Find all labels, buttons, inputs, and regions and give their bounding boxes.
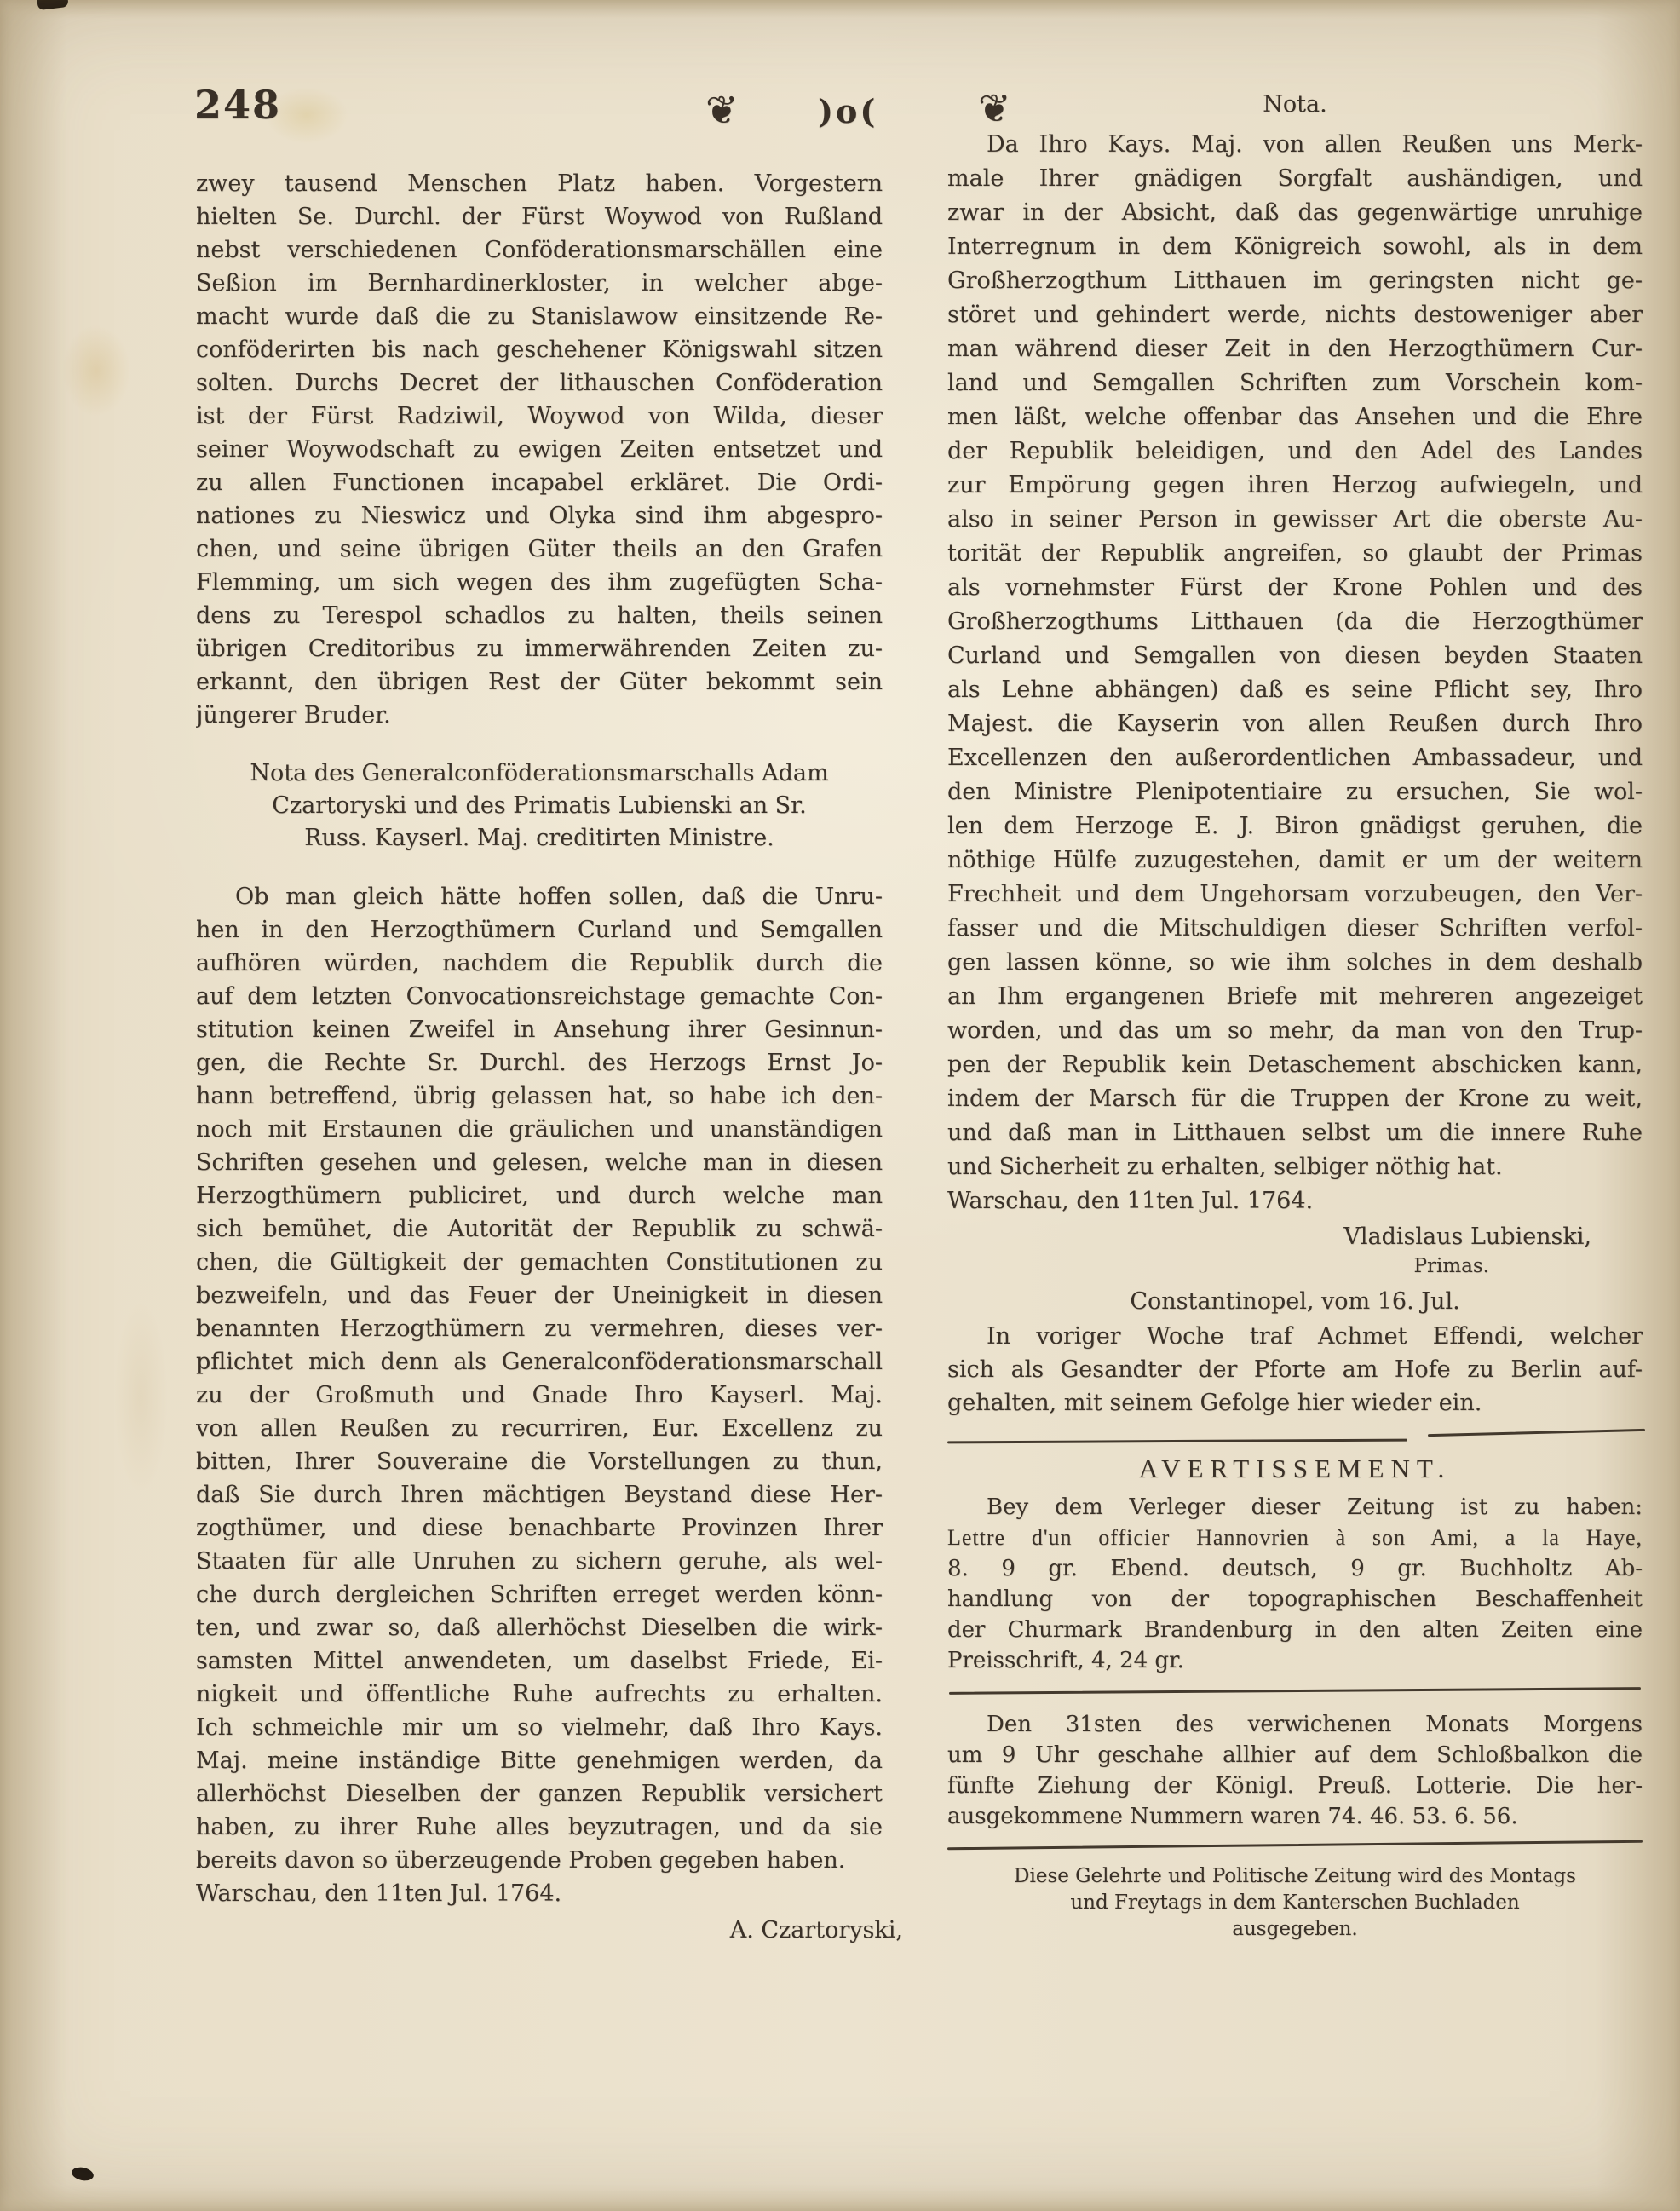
text-line: worden, und das um so mehr, da man von d… bbox=[947, 1014, 1643, 1048]
text-line: hen in den Herzogthümern Curland und Sem… bbox=[196, 913, 883, 947]
lubienski-note: Da Ihro Kays. Maj. von allen Reußen uns … bbox=[947, 128, 1643, 1184]
text-line: zwey tausend Menschen Platz haben. Vorge… bbox=[196, 167, 883, 200]
divider-rule-segment bbox=[947, 1840, 1643, 1851]
divider-rule-segment bbox=[1428, 1429, 1645, 1437]
text-line: Staaten für alle Unruhen zu sichern geru… bbox=[196, 1545, 883, 1578]
text-line: von allen Reußen zu recurriren, Eur. Exc… bbox=[196, 1412, 883, 1445]
lubienski-signature: Vladislaus Lubienski, bbox=[947, 1220, 1643, 1253]
text-line: samsten Mittel anwendeten, um daselbst F… bbox=[196, 1644, 883, 1678]
text-line: Nota. bbox=[947, 89, 1643, 121]
text-line: Preisschrift, 4, 24 gr. bbox=[947, 1645, 1643, 1676]
text-line: allerhöchst Dieselben der ganzen Republi… bbox=[196, 1777, 883, 1811]
text-line: indem der Marsch für die Truppen der Kro… bbox=[947, 1082, 1643, 1116]
page-edge-mark bbox=[71, 2165, 95, 2182]
text-line: um 9 Uhr geschahe allhier auf dem Schloß… bbox=[947, 1740, 1643, 1771]
text-line: aufhören würden, nachdem die Republik du… bbox=[196, 947, 883, 980]
text-line: Schriften gesehen und gelesen, welche ma… bbox=[196, 1146, 883, 1179]
text-line: Maj. meine inständige Bitte genehmigen w… bbox=[196, 1744, 883, 1777]
text-line: und Sicherheit zu erhalten, selbiger nöt… bbox=[947, 1150, 1643, 1184]
text-line: zogthümer, und diese benachbarte Provinz… bbox=[196, 1511, 883, 1545]
text-line: an Ihm ergangenen Briefe mit mehreren an… bbox=[947, 980, 1643, 1014]
text-line: pen der Republik kein Detaschement absch… bbox=[947, 1048, 1643, 1082]
czartoryski-signature: A. Czartoryski, bbox=[196, 1914, 903, 1947]
page-edge-mark bbox=[37, 0, 68, 10]
text-line: conföderirten bis nach geschehener König… bbox=[196, 333, 883, 366]
text-line: zu allen Functionen incapabel erkläret. … bbox=[196, 466, 883, 499]
text-line: Diese Gelehrte und Politische Zeitung wi… bbox=[947, 1863, 1643, 1890]
text-line: Seßion im Bernhardinerkloster, in welche… bbox=[196, 267, 883, 300]
nota-heading-right: Nota. bbox=[947, 89, 1643, 121]
text-line: Primas. bbox=[947, 1253, 1643, 1279]
text-line: land und Semgallen Schriften zum Vorsche… bbox=[947, 366, 1643, 400]
text-line: chen, die Gültigkeit der gemachten Const… bbox=[196, 1246, 883, 1279]
nota-heading-left: Nota des Generalconföderationsmarschalls… bbox=[196, 757, 883, 855]
text-line: Majest. die Kayserin von allen Reußen du… bbox=[947, 707, 1643, 741]
text-line: als Lehne abhängen) daß es seine Pflicht… bbox=[947, 673, 1643, 707]
text-line: Warschau, den 11ten Jul. 1764. bbox=[196, 1877, 883, 1910]
text-line: fünfte Ziehung der Königl. Preuß. Lotter… bbox=[947, 1771, 1643, 1801]
text-line: Ob man gleich hätte hoffen sollen, daß d… bbox=[196, 880, 883, 913]
text-line: zwar in der Absicht, daß das gegenwärtig… bbox=[947, 196, 1643, 230]
text-line: der Republik beleidigen, und den Adel de… bbox=[947, 435, 1643, 469]
text-line: ausgekommene Nummern waren 74. 46. 53. 6… bbox=[947, 1801, 1643, 1832]
paper-stain bbox=[102, 1261, 179, 1534]
text-line: ten, und zwar so, daß allerhöchst Diesel… bbox=[196, 1611, 883, 1644]
header-center-mark: )o( bbox=[818, 92, 877, 130]
text-line: Russ. Kayserl. Maj. creditirten Ministre… bbox=[196, 822, 883, 855]
text-line: chen, und seine übrigen Güter theils an … bbox=[196, 533, 883, 566]
text-line: gehalten, mit seinem Gefolge hier wieder… bbox=[947, 1386, 1643, 1419]
publication-notice: Diese Gelehrte und Politische Zeitung wi… bbox=[947, 1863, 1643, 1943]
text-line: also in seiner Person in gewisser Art di… bbox=[947, 503, 1643, 537]
text-line: AVERTISSEMENT. bbox=[947, 1451, 1643, 1487]
text-line: Da Ihro Kays. Maj. von allen Reußen uns … bbox=[947, 128, 1643, 162]
text-line: bitten, Ihrer Souveraine die Vorstellung… bbox=[196, 1445, 883, 1478]
text-line: dens zu Terespol schadlos zu halten, the… bbox=[196, 599, 883, 632]
text-line: haben, zu ihrer Ruhe alles beyzutragen, … bbox=[196, 1811, 883, 1844]
text-line: ausgegeben. bbox=[947, 1916, 1643, 1943]
text-line: und Freytags in dem Kanterschen Buchlade… bbox=[947, 1890, 1643, 1916]
text-line: Czartoryski und des Primatis Lubienski a… bbox=[196, 790, 883, 822]
text-line: nöthige Hülfe zuzugestehen, damit er um … bbox=[947, 844, 1643, 878]
text-line: hielten Se. Durchl. der Fürst Woywod von… bbox=[196, 200, 883, 233]
text-line: übrigen Creditoribus zu immerwährenden Z… bbox=[196, 632, 883, 665]
primas-title: Primas. bbox=[947, 1253, 1643, 1279]
paper-stain bbox=[49, 307, 143, 435]
text-line: ist der Fürst Radziwil, Woywod von Wilda… bbox=[196, 400, 883, 433]
newspaper-page: 248 ❦ )o( ❦ zwey tausend Menschen Platz … bbox=[0, 0, 1680, 2211]
text-line: che durch dergleichen Schriften erreget … bbox=[196, 1578, 883, 1611]
text-line: störet und gehindert werde, nichts desto… bbox=[947, 298, 1643, 332]
czartoryski-letter: Ob man gleich hätte hoffen sollen, daß d… bbox=[196, 880, 883, 1877]
text-line: noch mit Erstaunen die gräulichen und un… bbox=[196, 1113, 883, 1146]
text-line: Excellenzen den außerordentlichen Ambass… bbox=[947, 741, 1643, 775]
text-line: zur Empörung gegen ihren Herzog aufwiege… bbox=[947, 469, 1643, 503]
text-line: gen lassen könne, so wie ihm solches in … bbox=[947, 946, 1643, 980]
text-line: auf dem letzten Convocationsreichstage g… bbox=[196, 980, 883, 1013]
text-line: men läßt, welche offenbar das Ansehen un… bbox=[947, 400, 1643, 435]
text-line: stitution keinen Zweifel in Ansehung ihr… bbox=[196, 1013, 883, 1046]
text-line: Bey dem Verleger dieser Zeitung ist zu h… bbox=[947, 1492, 1643, 1523]
text-line: sich bemühet, die Autorität der Republik… bbox=[196, 1212, 883, 1246]
left-column: zwey tausend Menschen Platz haben. Vorge… bbox=[196, 167, 883, 1947]
text-line: benannten Herzogthümern zu vermehren, di… bbox=[196, 1312, 883, 1345]
text-line: daß Sie durch Ihren mächtigen Beystand d… bbox=[196, 1478, 883, 1511]
text-line: zu der Großmuth und Gnade Ihro Kayserl. … bbox=[196, 1379, 883, 1412]
text-line: Interregnum in dem Königreich sowohl, al… bbox=[947, 230, 1643, 264]
constantinopel-report: In voriger Woche traf Achmet Effendi, we… bbox=[947, 1320, 1643, 1419]
text-line: Den 31sten des verwichenen Monats Morgen… bbox=[947, 1709, 1643, 1740]
text-line: als vornehmster Fürst der Krone Pohlen u… bbox=[947, 571, 1643, 605]
text-line: torität der Republik angreifen, so glaub… bbox=[947, 537, 1643, 571]
text-line: hann betreffend, übrig gelassen hat, so … bbox=[196, 1080, 883, 1113]
text-line: handlung von der topographischen Beschaf… bbox=[947, 1584, 1643, 1615]
text-line: Großherzogthum Litthauen im geringsten n… bbox=[947, 264, 1643, 298]
text-line: den Ministre Plenipotentiaire zu ersuche… bbox=[947, 775, 1643, 809]
text-line: male Ihrer gnädigen Sorgfalt aushändigen… bbox=[947, 162, 1643, 196]
divider-rule-3 bbox=[947, 1840, 1643, 1857]
text-line: Flemming, um sich wegen des ihm zugefügt… bbox=[196, 566, 883, 599]
text-line: seiner Woywodschaft zu ewigen Zeiten ent… bbox=[196, 433, 883, 466]
text-line: jüngerer Bruder. bbox=[196, 699, 883, 732]
text-line: len dem Herzoge E. J. Biron gnädigst ger… bbox=[947, 809, 1643, 844]
warschau-dateline-left: Warschau, den 11ten Jul. 1764. bbox=[196, 1877, 883, 1910]
text-line: bezweifeln, und das Feuer der Uneinigkei… bbox=[196, 1279, 883, 1312]
avertissement-heading: AVERTISSEMENT. bbox=[947, 1451, 1643, 1487]
text-line: In voriger Woche traf Achmet Effendi, we… bbox=[947, 1320, 1643, 1353]
text-line: A. Czartoryski, bbox=[196, 1914, 903, 1947]
divider-rule-segment bbox=[947, 1439, 1407, 1444]
text-line: Lettre d'un officier Hannovrien à son Am… bbox=[947, 1523, 1643, 1553]
text-line: pflichtet mich denn als Generalconfödera… bbox=[196, 1345, 883, 1379]
text-line: Curland und Semgallen von diesen beyden … bbox=[947, 639, 1643, 673]
text-line: 8. 9 gr. Ebend. deutsch, 9 gr. Buchholtz… bbox=[947, 1553, 1643, 1584]
text-line: Großherzogthums Litthauen (da die Herzog… bbox=[947, 605, 1643, 639]
text-line: Warschau, den 11ten Jul. 1764. bbox=[947, 1184, 1643, 1218]
text-line: der Churmark Brandenburg in den alten Ze… bbox=[947, 1615, 1643, 1645]
right-column: Nota.Da Ihro Kays. Maj. von allen Reußen… bbox=[947, 89, 1643, 1943]
text-line: macht wurde daß die zu Stanislawow einsi… bbox=[196, 300, 883, 333]
divider-rule-2 bbox=[947, 1686, 1643, 1702]
divider-rule-segment bbox=[949, 1687, 1641, 1695]
text-line: nebst verschiedenen Conföderationsmarsch… bbox=[196, 233, 883, 267]
text-line: nationes zu Nieswicz und Olyka sind ihm … bbox=[196, 499, 883, 533]
text-line: bereits davon so überzeugende Proben geg… bbox=[196, 1844, 883, 1877]
text-line: fasser und die Mitschuldigen dieser Schr… bbox=[947, 912, 1643, 946]
lottery-report: Den 31sten des verwichenen Monats Morgen… bbox=[947, 1709, 1643, 1832]
text-line: nigkeit und öffentliche Ruhe aufrechts z… bbox=[196, 1678, 883, 1711]
text-line: man während dieser Zeit in den Herzogthü… bbox=[947, 332, 1643, 366]
text-line: Frechheit und dem Ungehorsam vorzubeugen… bbox=[947, 878, 1643, 912]
text-line: Constantinopel, vom 16. Jul. bbox=[947, 1286, 1643, 1318]
continuation-paragraph: zwey tausend Menschen Platz haben. Vorge… bbox=[196, 167, 883, 732]
text-line: und daß man in Litthauen selbst um die i… bbox=[947, 1116, 1643, 1150]
divider-rule-1 bbox=[947, 1433, 1643, 1449]
text-line: Nota des Generalconföderationsmarschalls… bbox=[196, 757, 883, 790]
advert-body: Bey dem Verleger dieser Zeitung ist zu h… bbox=[947, 1492, 1643, 1676]
warschau-dateline-right: Warschau, den 11ten Jul. 1764. bbox=[947, 1184, 1643, 1218]
constantinopel-dateline: Constantinopel, vom 16. Jul. bbox=[947, 1286, 1643, 1318]
text-line: Ich schmeichle mir um so vielmehr, daß I… bbox=[196, 1711, 883, 1744]
text-line: Vladislaus Lubienski, bbox=[947, 1220, 1643, 1253]
shell-ornament-left-icon: ❦ bbox=[705, 90, 739, 130]
text-line: erkannt, den übrigen Rest der Güter beko… bbox=[196, 665, 883, 699]
text-line: solten. Durchs Decret der lithauschen Co… bbox=[196, 366, 883, 400]
text-line: gen, die Rechte Sr. Durchl. des Herzogs … bbox=[196, 1046, 883, 1080]
text-line: sich als Gesandter der Pforte am Hofe zu… bbox=[947, 1353, 1643, 1386]
text-line: Herzogthümern publiciret, und durch welc… bbox=[196, 1179, 883, 1212]
